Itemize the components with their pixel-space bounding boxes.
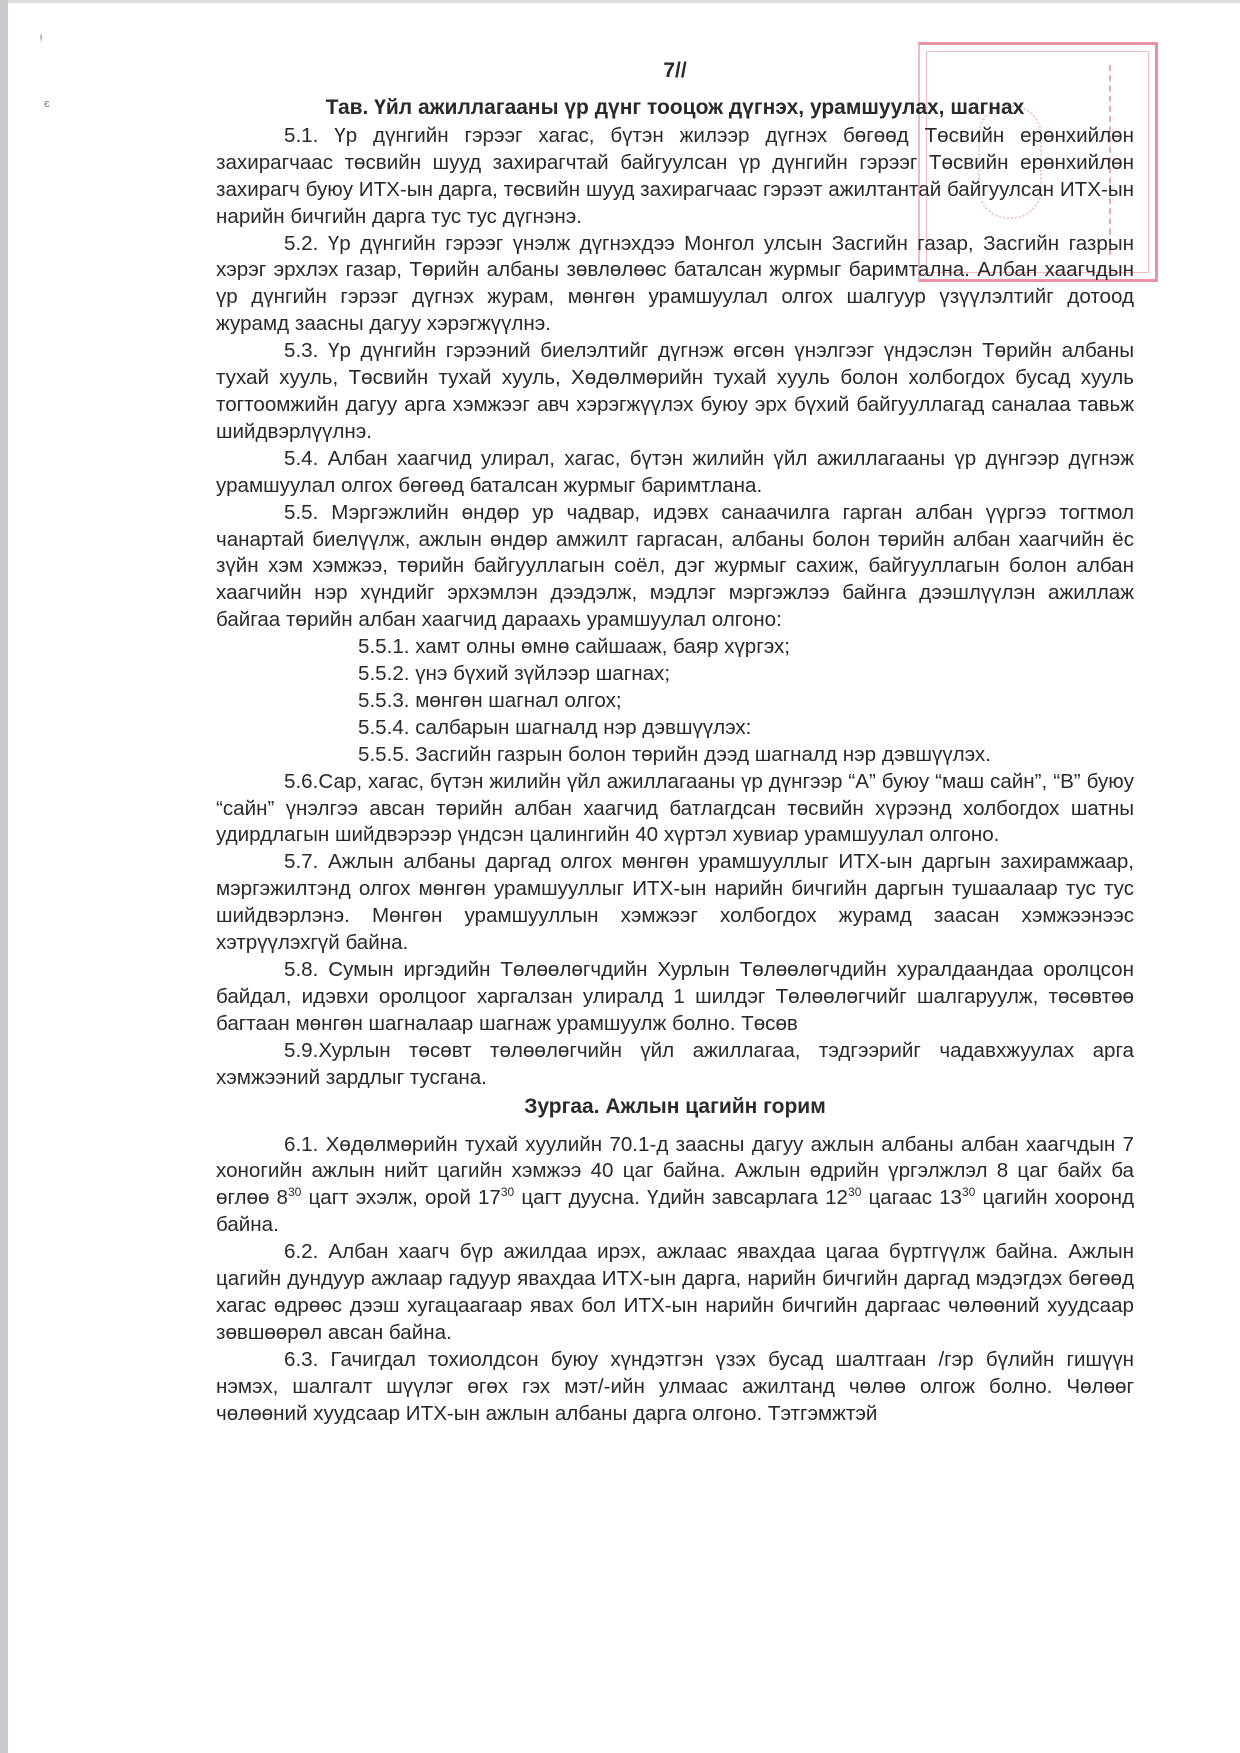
paragraph-5-6: 5.6.Сар, хагас, бүтэн жилийн үйл ажиллаг… [216, 769, 1134, 850]
scan-left-edge [0, 0, 8, 1753]
paragraph-5-3: 5.3. Үр дүнгийн гэрээний биелэлтийг дүгн… [216, 338, 1134, 446]
paragraph-5-7: 5.7. Ажлын албаны даргад олгох мөнгөн ур… [216, 849, 1134, 957]
p61-superscript: 30 [288, 1185, 301, 1199]
page-number: 7// [216, 58, 1134, 85]
list-item-5-5-3: 5.5.3. мөнгөн шагнал олгох; [216, 688, 1134, 715]
p61-text: цагт дуусна. Үдийн завсарлага 12 [514, 1186, 848, 1209]
margin-mark: є [44, 98, 50, 110]
p61-text: цагт эхэлж, орой 17 [301, 1186, 501, 1209]
p61-text: цагаас 13 [861, 1186, 962, 1209]
paragraph-5-5: 5.5. Мэргэжлийн өндөр ур чадвар, идэвх с… [216, 500, 1134, 635]
paragraph-5-4: 5.4. Албан хаагчид улирал, хагас, бүтэн … [216, 446, 1134, 500]
p61-superscript: 30 [848, 1185, 861, 1199]
paragraph-5-8: 5.8. Сумын иргэдийн Төлөөлөгчдийн Хурлын… [216, 957, 1134, 1038]
paragraph-6-3: 6.3. Гачигдал тохиолдсон буюу хүндэтгэн … [216, 1347, 1134, 1428]
scan-top-edge [0, 0, 1240, 3]
paragraph-6-1: 6.1. Хөдөлмөрийн тухай хуулийн 70.1-д за… [216, 1132, 1134, 1240]
list-item-5-5-2: 5.5.2. үнэ бүхий зүйлээр шагнах; [216, 661, 1134, 688]
document-page: 7// Тав. Үйл ажиллагааны үр дүнг тооцож … [216, 50, 1134, 1428]
margin-mark: ᵎ [40, 30, 42, 46]
paragraph-5-2: 5.2. Үр дүнгийн гэрээг үнэлж дүгнэхдээ М… [216, 231, 1134, 339]
list-item-5-5-4: 5.5.4. салбарын шагналд нэр дэвшүүлэх: [216, 715, 1134, 742]
paragraph-6-2: 6.2. Албан хаагч бүр ажилдаа ирэх, ажлаа… [216, 1239, 1134, 1347]
section-5-title: Тав. Үйл ажиллагааны үр дүнг тооцож дүгн… [216, 95, 1134, 121]
list-item-5-5-5: 5.5.5. Засгийн газрын болон төрийн дээд … [216, 742, 1134, 769]
list-item-5-5-1: 5.5.1. хамт олны өмнө сайшааж, баяр хүрг… [216, 634, 1134, 661]
p61-superscript: 30 [962, 1185, 975, 1199]
paragraph-5-1: 5.1. Үр дүнгийн гэрээг хагас, бүтэн жилэ… [216, 123, 1134, 231]
paragraph-5-9: 5.9.Хурлын төсөвт төлөөлөгчийн үйл ажилл… [216, 1038, 1134, 1092]
section-6-title: Зургаа. Ажлын цагийн горим [216, 1094, 1134, 1120]
p61-superscript: 30 [501, 1185, 514, 1199]
